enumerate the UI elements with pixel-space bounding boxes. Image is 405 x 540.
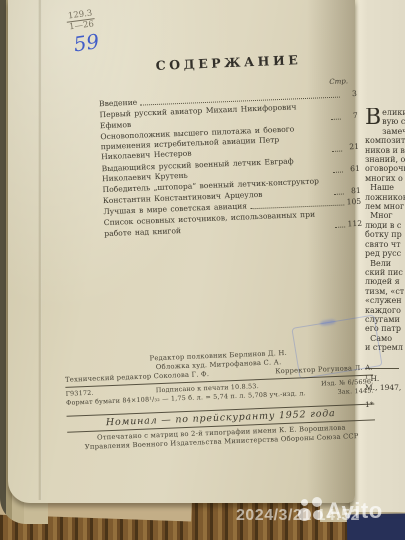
right-page-dropcap: В xyxy=(365,108,381,127)
rp-line: вую со xyxy=(382,117,405,126)
rp-line: лем мног xyxy=(365,202,405,211)
rp-line: каждого xyxy=(365,306,405,315)
rp-line: людей я xyxy=(365,277,405,286)
handwritten-blue-number: 59 xyxy=(72,29,101,56)
toc-entry-page: 81 xyxy=(346,185,361,196)
contents-page: 129.3 1—26 59 СОДЕРЖАНИЕ Стр. Введение 3… xyxy=(8,0,355,503)
toc-dot-leader xyxy=(331,118,341,119)
rp-line: ников и в xyxy=(365,146,405,155)
rp-line: Мног xyxy=(365,211,405,220)
rp-line: «служен xyxy=(365,296,405,305)
avito-logo-dots-icon xyxy=(298,497,325,524)
toc-entry-page: 61 xyxy=(345,164,360,175)
imprint-zak-no: Зак. 1445. xyxy=(337,386,373,396)
avito-wordmark: Avito xyxy=(326,498,383,524)
table-of-contents: Введение 3 Первый русский авиатор Михаил… xyxy=(99,89,362,240)
rp-line: ложников xyxy=(365,193,405,202)
toc-entry-page: 3 xyxy=(342,89,357,100)
toc-entry-page: 112 xyxy=(347,218,362,229)
toc-entry-page: 105 xyxy=(346,197,361,208)
toc-dot-leader xyxy=(335,226,345,227)
rp-line: композито xyxy=(365,136,405,145)
toc-entry-title: Введение xyxy=(99,98,138,110)
toc-entry-page: 21 xyxy=(344,142,359,153)
rp-line: Наше xyxy=(365,183,405,192)
toc-dot-leader xyxy=(332,150,342,151)
rp-line: многих о xyxy=(365,174,405,183)
page-content: 129.3 1—26 59 СОДЕРЖАНИЕ Стр. Введение 3… xyxy=(0,0,365,511)
toc-entry-page: 7 xyxy=(343,110,358,121)
rp-line: замечател xyxy=(382,127,405,136)
photo-scene: В еликийвую созамечателкомпозитоников и … xyxy=(0,0,405,540)
rp-line: ред русс xyxy=(365,249,405,258)
rp-line: еликий xyxy=(382,108,405,117)
rp-line: свято чт xyxy=(365,240,405,249)
rp-line: люди в с xyxy=(365,221,405,230)
watermark: 2024/3/21 14:52 Avito xyxy=(236,497,405,535)
page-column-header: Стр. xyxy=(329,77,348,86)
toc-dot-leader xyxy=(334,193,344,194)
page-title: СОДЕРЖАНИЕ xyxy=(118,51,338,75)
rp-line: ботку пр xyxy=(365,230,405,239)
toc-dot-leader xyxy=(333,172,343,173)
avito-logo: Avito xyxy=(298,497,383,524)
stamp-ink-mark xyxy=(320,319,337,327)
imprint-block: Редактор полковник Берлинов Д. Н. Обложк… xyxy=(64,345,376,452)
rp-line: Вели xyxy=(365,259,405,268)
rp-line: тизм, «ст xyxy=(365,287,405,296)
rp-line: ский пис xyxy=(365,268,405,277)
rp-line: знаний, о xyxy=(365,155,405,164)
rp-line: оговорочн xyxy=(365,164,405,173)
